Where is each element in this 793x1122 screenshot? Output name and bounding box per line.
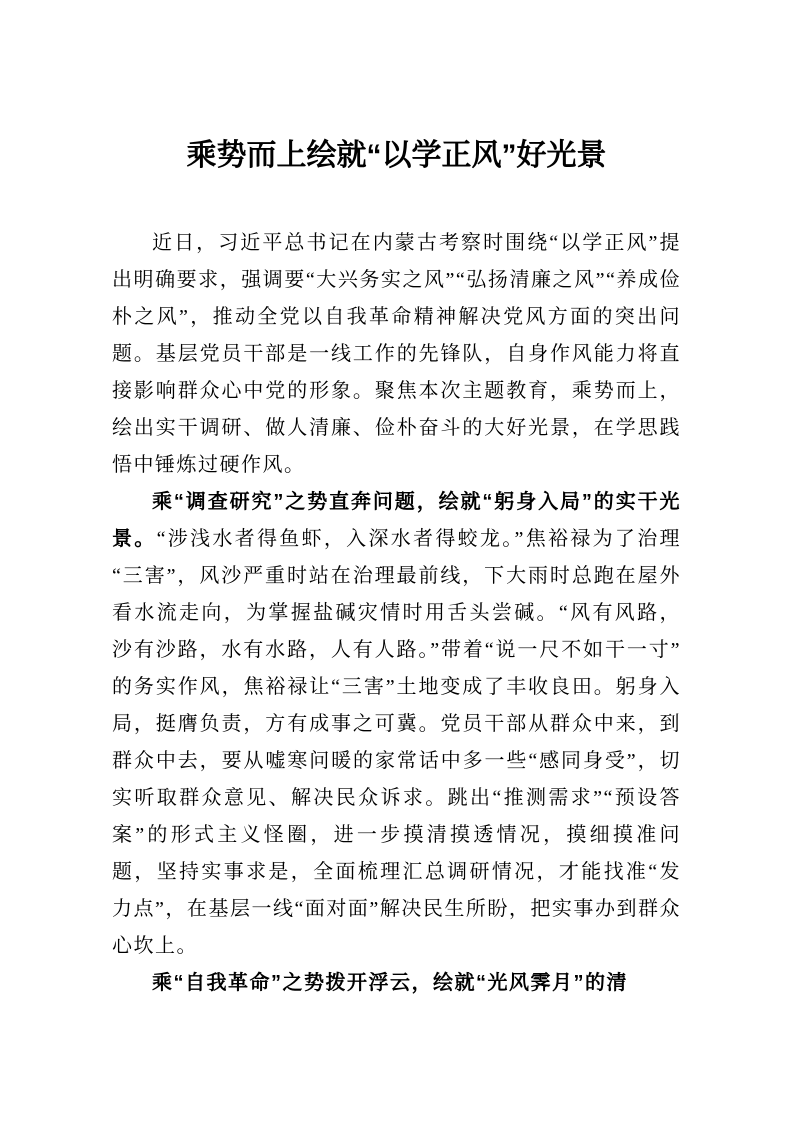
document-body: 近日，习近平总书记在内蒙古考察时围绕“以学正风”提出明确要求，强调要“大兴务实之… bbox=[112, 225, 681, 1002]
document-page: 乘势而上绘就“以学正风”好光景 近日，习近平总书记在内蒙古考察时围绕“以学正风”… bbox=[0, 0, 793, 1122]
paragraph-text: “涉浅水者得鱼虾，入深水者得蛟龙。”焦裕禄为了治理“三害”，风沙严重时站在治理最… bbox=[112, 528, 681, 957]
paragraph: 近日，习近平总书记在内蒙古考察时围绕“以学正风”提出明确要求，强调要“大兴务实之… bbox=[112, 225, 681, 484]
paragraph-text: 近日，习近平总书记在内蒙古考察时围绕“以学正风”提出明确要求，强调要“大兴务实之… bbox=[112, 232, 681, 476]
document-title: 乘势而上绘就“以学正风”好光景 bbox=[112, 136, 681, 176]
paragraph: 乘“调查研究”之势直奔问题，绘就“躬身入局”的实干光景。“涉浅水者得鱼虾，入深水… bbox=[112, 484, 681, 965]
paragraph: 乘“自我革命”之势拨开浮云，绘就“光风霁月”的清 bbox=[112, 965, 681, 1002]
paragraph-lead-bold: 乘“自我革命”之势拨开浮云，绘就“光风霁月”的清 bbox=[152, 972, 628, 994]
